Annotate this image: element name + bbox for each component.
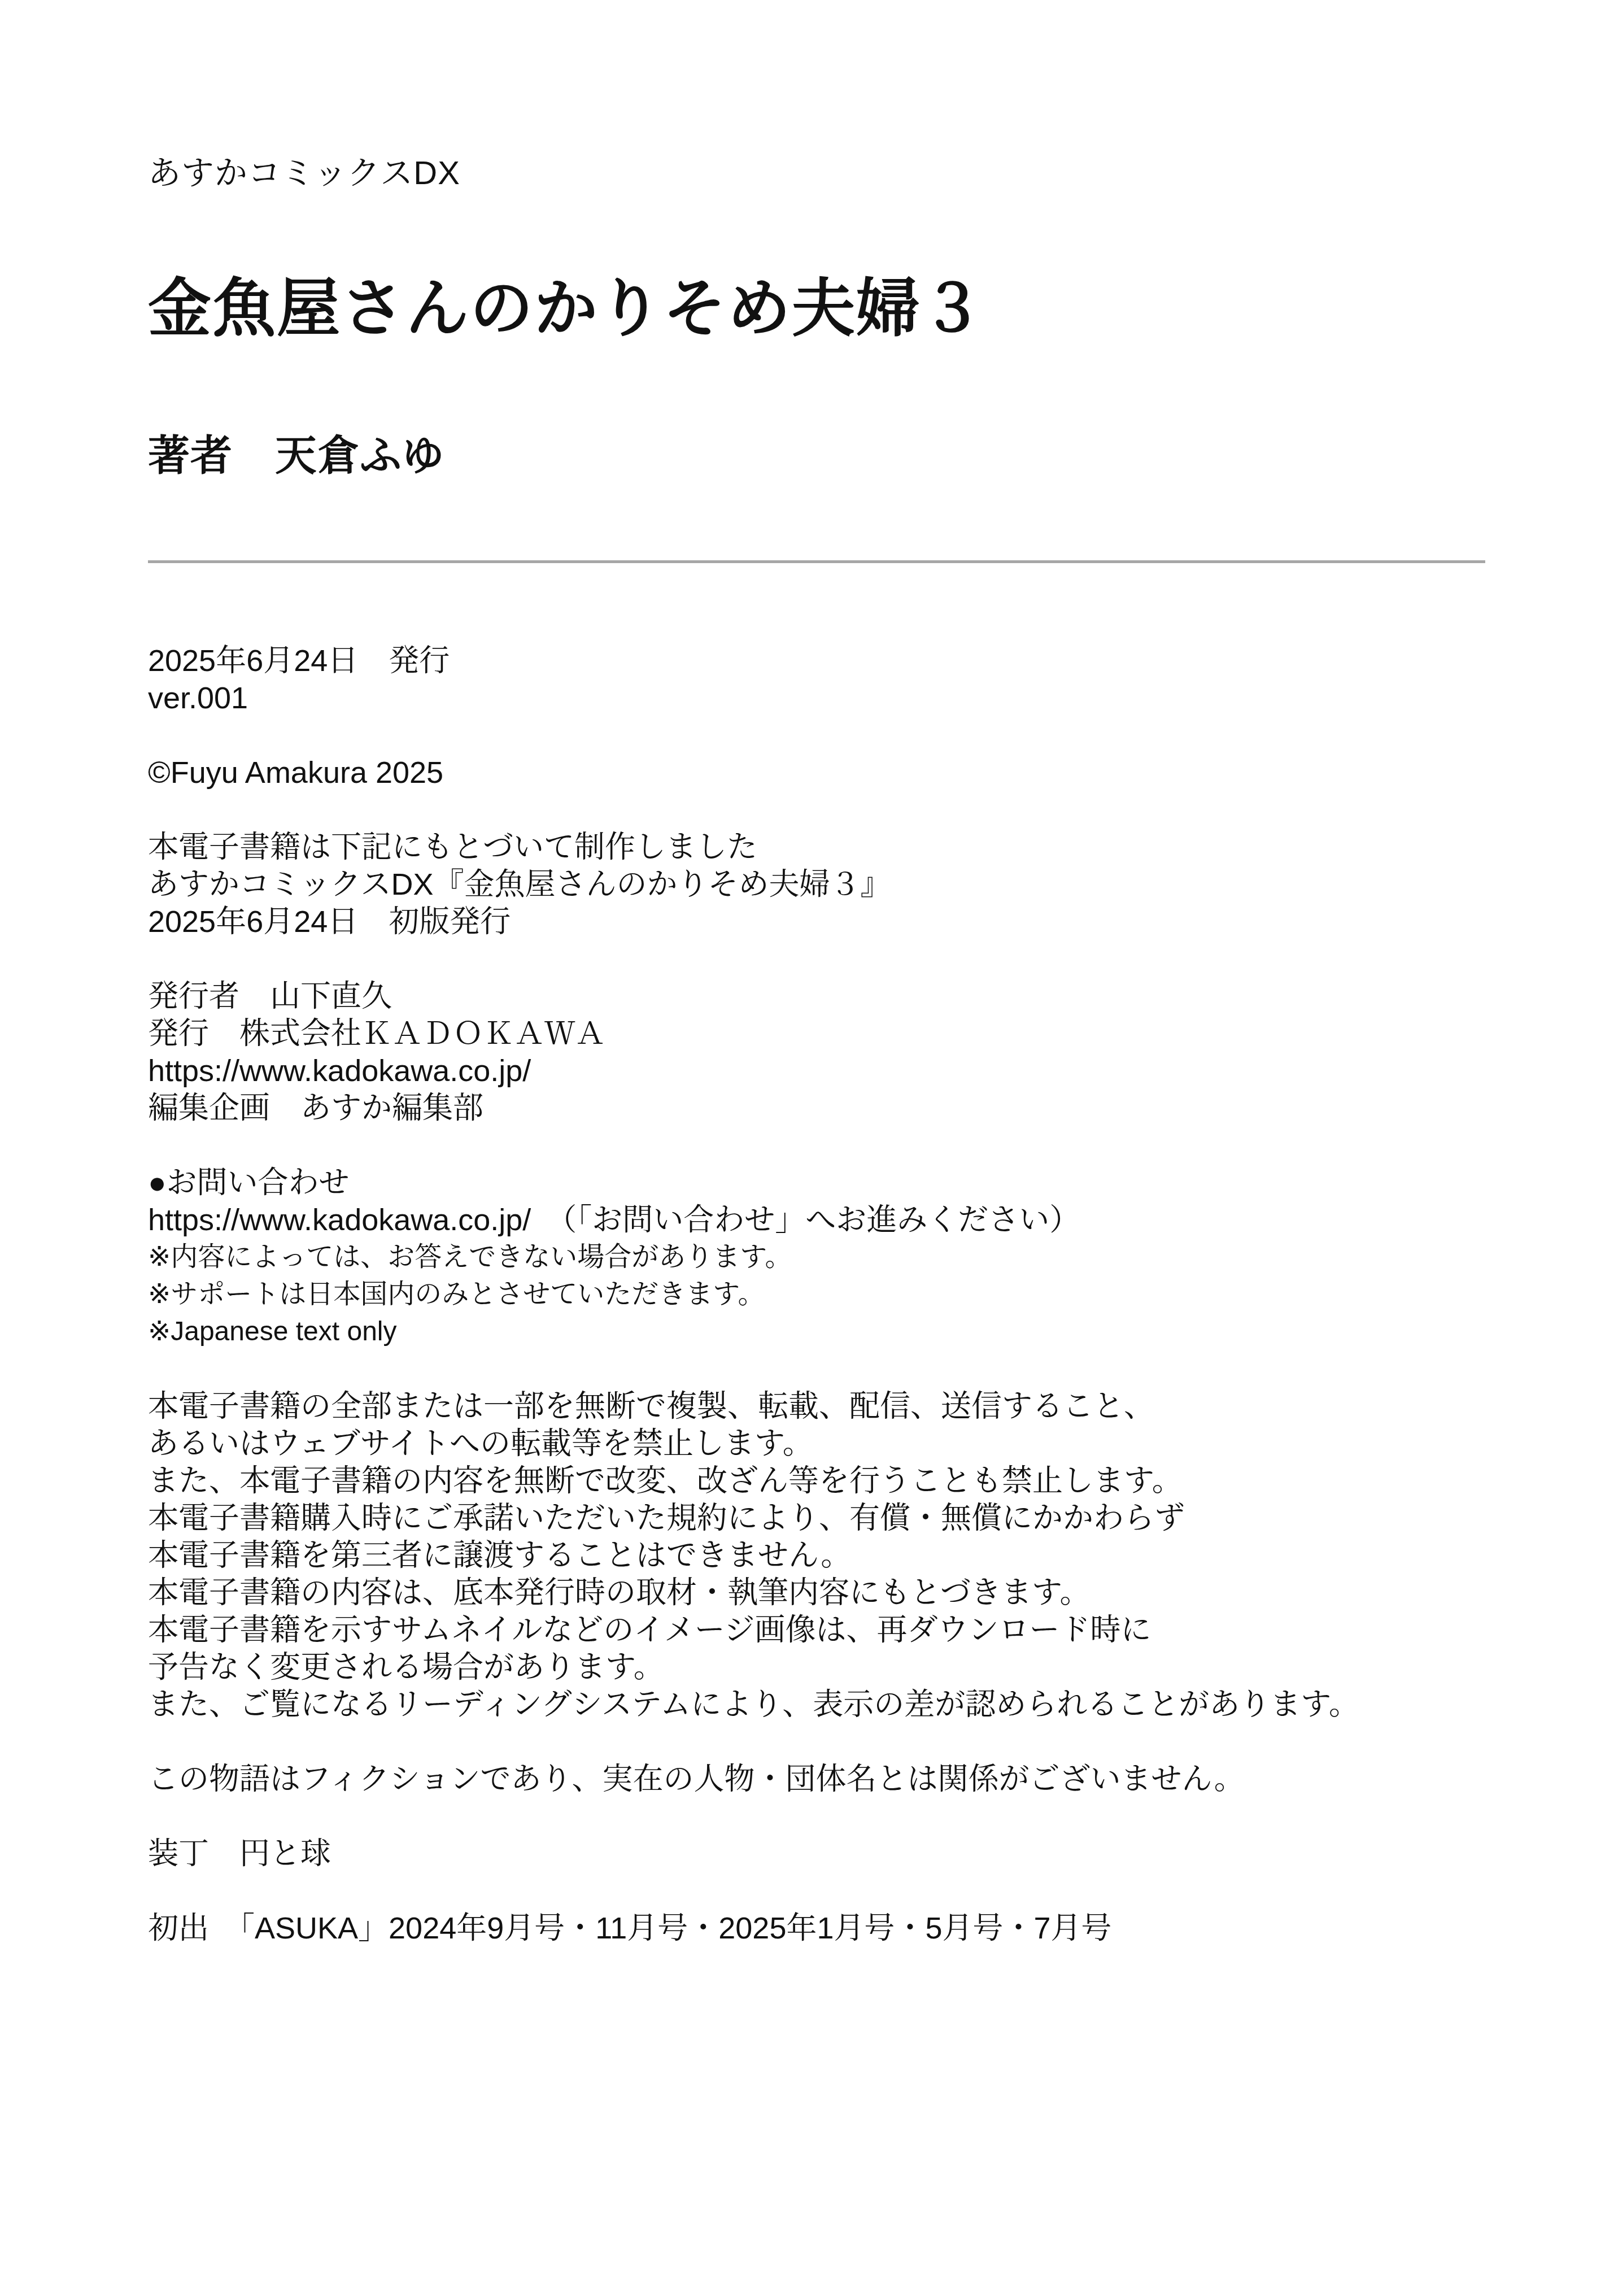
colophon-line: また、本電子書籍の内容を無断で改変、改ざん等を行うことも禁止します。	[148, 1462, 1484, 1500]
colophon-paragraph: 2025年6月24日 発行ver.001	[148, 642, 1484, 717]
colophon-line: ※内容によっては、お答えできない場合があります。	[148, 1239, 1484, 1276]
colophon-paragraph: 初出 「ASUKA」2024年9月号・11月号・2025年1月号・5月号・7月号	[148, 1910, 1484, 1947]
colophon-line: 本電子書籍を第三者に譲渡することはできません。	[148, 1537, 1484, 1574]
colophon-line: 2025年6月24日 初版発行	[148, 903, 1484, 940]
colophon-line: 編集企画 あすか編集部	[148, 1090, 1484, 1127]
colophon-line: 本電子書籍を示すサムネイルなどのイメージ画像は、再ダウンロード時に	[148, 1611, 1484, 1649]
colophon-line: ※サポートは日本国内のみとさせていただきます。	[148, 1276, 1484, 1313]
colophon-line: 発行者 山下直久	[148, 978, 1484, 1015]
colophon-line: 予告なく変更される場合があります。	[148, 1649, 1484, 1686]
colophon-paragraph: ©Fuyu Amakura 2025	[148, 754, 1484, 791]
colophon-line: ver.001	[148, 679, 1484, 717]
colophon-paragraph: この物語はフィクションであり、実在の人物・団体名とは関係がございません。	[148, 1761, 1484, 1798]
colophon-line: 本電子書籍購入時にご承諾いただいた規約により、有償・無償にかかわらず	[148, 1500, 1484, 1537]
author-line: 著者 天倉ふゆ	[148, 430, 1484, 481]
colophon-line: 発行 株式会社ＫＡＤＯＫＡＷＡ	[148, 1015, 1484, 1052]
colophon-paragraph: 本電子書籍は下記にもとづいて制作しましたあすかコミックスDX『金魚屋さんのかりそ…	[148, 829, 1484, 940]
colophon-line: また、ご覧になるリーディングシステムにより、表示の差が認められることがあります。	[148, 1686, 1484, 1723]
colophon-line: あるいはウェブサイトへの転載等を禁止します。	[148, 1425, 1484, 1462]
colophon-line: ※Japanese text only	[148, 1313, 1484, 1350]
colophon-line: ©Fuyu Amakura 2025	[148, 754, 1484, 791]
colophon-line: 初出 「ASUKA」2024年9月号・11月号・2025年1月号・5月号・7月号	[148, 1910, 1484, 1947]
colophon-line: 2025年6月24日 発行	[148, 642, 1484, 679]
colophon-paragraph: 本電子書籍の全部または一部を無断で複製、転載、配信、送信すること、あるいはウェブ…	[148, 1388, 1484, 1723]
colophon-paragraph: ●お問い合わせhttps://www.kadokawa.co.jp/ （「お問い…	[148, 1164, 1484, 1350]
series-label: あすかコミックスDX	[148, 154, 1484, 193]
colophon-line: 本電子書籍の全部または一部を無断で複製、転載、配信、送信すること、	[148, 1388, 1484, 1425]
colophon-paragraph: 発行者 山下直久発行 株式会社ＫＡＤＯＫＡＷＡhttps://www.kadok…	[148, 978, 1484, 1127]
colophon-line: 装丁 円と球	[148, 1835, 1484, 1872]
colophon-page: あすかコミックスDX 金魚屋さんのかりそめ夫婦３ 著者 天倉ふゆ 2025年6月…	[0, 0, 1614, 2296]
colophon-line: この物語はフィクションであり、実在の人物・団体名とは関係がございません。	[148, 1761, 1484, 1798]
colophon-line: あすかコミックスDX『金魚屋さんのかりそめ夫婦３』	[148, 866, 1484, 903]
divider-rule	[148, 560, 1485, 563]
colophon-line: https://www.kadokawa.co.jp/	[148, 1052, 1484, 1090]
colophon-paragraph: 装丁 円と球	[148, 1835, 1484, 1872]
colophon-line: ●お問い合わせ	[148, 1164, 1484, 1201]
colophon-line: https://www.kadokawa.co.jp/ （「お問い合わせ」へお進…	[148, 1201, 1484, 1239]
colophon-line: 本電子書籍の内容は、底本発行時の取材・執筆内容にもとづきます。	[148, 1574, 1484, 1611]
book-title: 金魚屋さんのかりそめ夫婦３	[148, 272, 1484, 346]
colophon-line: 本電子書籍は下記にもとづいて制作しました	[148, 829, 1484, 866]
colophon-body: 2025年6月24日 発行ver.001©Fuyu Amakura 2025本電…	[148, 642, 1484, 1947]
